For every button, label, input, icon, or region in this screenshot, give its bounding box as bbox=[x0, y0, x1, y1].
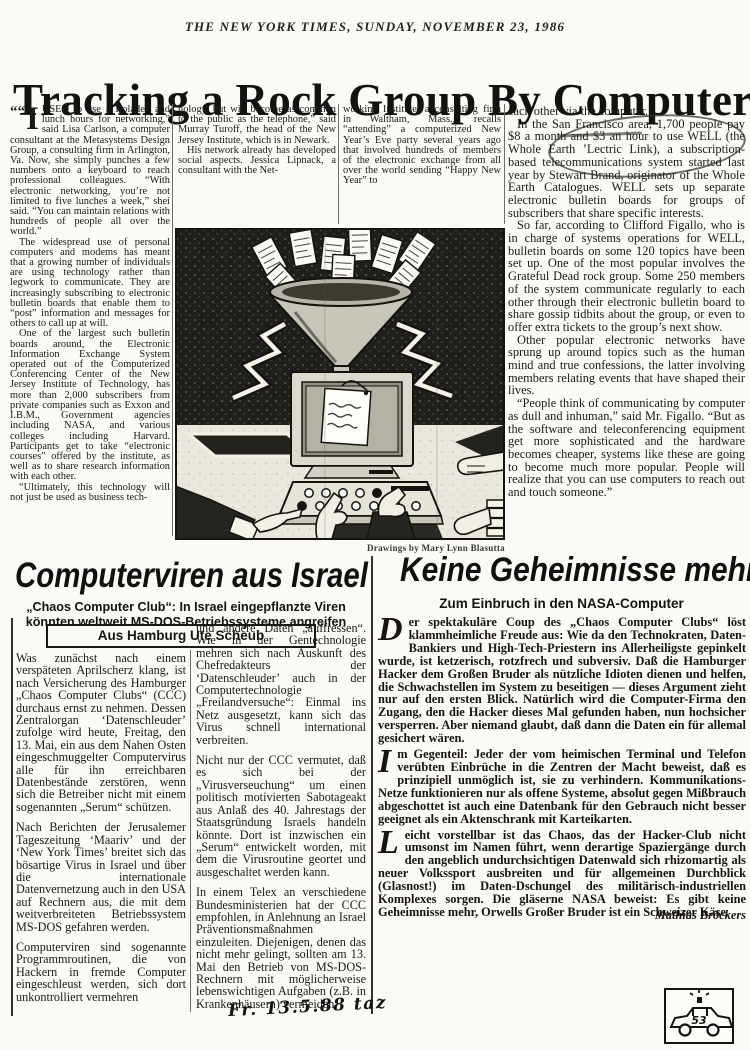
paragraph: In einem Telex an verschiedene Bundesmin… bbox=[196, 886, 366, 1010]
paragraph: Nicht nur der CCC vermutet, daß es sich … bbox=[196, 754, 366, 878]
paragraph: Im Gegenteil: Jeder der vom heimischen T… bbox=[378, 748, 746, 825]
drop-cap: I bbox=[26, 106, 39, 133]
police-car-svg: 53 bbox=[655, 985, 741, 1047]
opening-quote: ““ bbox=[10, 105, 25, 119]
nyt-column-3: working Institute, a consulting firm in … bbox=[343, 105, 501, 187]
paper-note bbox=[321, 388, 371, 445]
column-rule bbox=[338, 104, 339, 224]
paragraph: nology, but will become as common to the… bbox=[178, 105, 336, 146]
keyboard bbox=[277, 482, 443, 524]
viruses-headline: Computerviren aus Israel bbox=[15, 556, 317, 596]
car-number: 53 bbox=[691, 1014, 707, 1027]
paragraph-text: er spektakuläre Coup des „Chaos Computer… bbox=[378, 615, 746, 745]
column-rule bbox=[504, 104, 505, 224]
paragraph-text: eicht vorstellbar ist das Chaos, das der… bbox=[378, 828, 746, 919]
drop-cap: I bbox=[378, 749, 391, 774]
column-rule bbox=[172, 104, 173, 536]
drop-cap: D bbox=[378, 617, 403, 642]
paragraph: So far, according to Clifford Figallo, w… bbox=[508, 219, 745, 333]
nyt-column-4: each other via the computer. In the San … bbox=[508, 105, 745, 499]
paragraph: Was zunächst nach einem verspäteten Apri… bbox=[16, 652, 186, 813]
paragraph: His network already has developed social… bbox=[178, 146, 336, 177]
masthead: THE NEW YORK TIMES, SUNDAY, NOVEMBER 23,… bbox=[0, 19, 750, 35]
viruses-column-b: und andere Daten „auffressen“. Wie in de… bbox=[196, 622, 366, 1018]
newspaper-page: THE NEW YORK TIMES, SUNDAY, NOVEMBER 23,… bbox=[0, 0, 750, 1050]
computer-monitor bbox=[291, 372, 413, 478]
police-car-icon: 53 bbox=[655, 985, 741, 1047]
paragraph: “People think of communicating by comput… bbox=[508, 397, 745, 499]
paragraph: und andere Daten „auffressen“. Wie in de… bbox=[196, 622, 366, 746]
paragraph: Der spektakuläre Coup des „Chaos Compute… bbox=[378, 616, 746, 745]
paragraph: each other via the computer. bbox=[508, 105, 745, 118]
paragraph: Nach Berichten der Jerusalemer Tageszeit… bbox=[16, 821, 186, 933]
illustration-svg bbox=[175, 228, 505, 540]
paragraph: “Ultimately, this technology will not ju… bbox=[10, 483, 170, 503]
nyt-column-1: ““IUSED to use a Roladex and lunch hours… bbox=[10, 105, 170, 503]
paragraph: working Institute, a consulting firm in … bbox=[343, 105, 501, 187]
column-rule bbox=[190, 650, 191, 1012]
funnel-computer-illustration bbox=[175, 228, 505, 540]
article-rule bbox=[11, 618, 13, 1016]
paragraph: The widespread use of personal computers… bbox=[10, 238, 170, 330]
nasa-body: Der spektakuläre Coup des „Chaos Compute… bbox=[378, 616, 746, 922]
paragraph-text: m Gegenteil: Jeder der vom heimischen Te… bbox=[378, 747, 746, 826]
paragraph: Other popular electronic networks have s… bbox=[508, 334, 745, 398]
paragraph: One of the largest such bulletin boards … bbox=[10, 329, 170, 482]
viruses-column-a: Was zunächst nach einem verspäteten Apri… bbox=[16, 652, 186, 1011]
drop-cap: L bbox=[378, 830, 399, 855]
paragraph: ““IUSED to use a Roladex and lunch hours… bbox=[10, 105, 170, 238]
paragraph: Computerviren sind sogenannte Programmro… bbox=[16, 941, 186, 1003]
article-divider-rule bbox=[371, 556, 373, 1014]
paragraph: Leicht vorstellbar ist das Chaos, das de… bbox=[378, 829, 746, 919]
nyt-column-2: nology, but will become as common to the… bbox=[178, 105, 336, 176]
nasa-subhead: Zum Einbruch in den NASA-Computer bbox=[378, 596, 745, 611]
nasa-headline: Keine Geheimnisse mehr bbox=[400, 551, 723, 590]
